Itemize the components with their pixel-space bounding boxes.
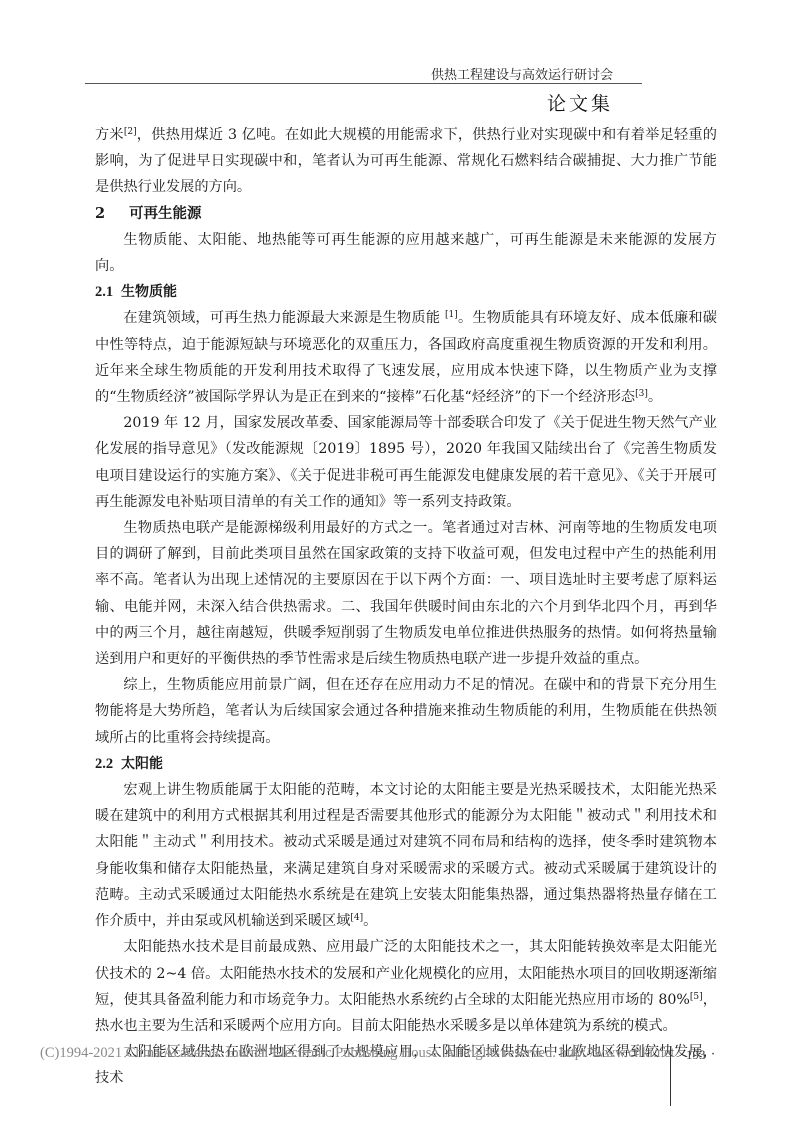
- section-number: 2.1: [95, 279, 121, 305]
- citation-ref[interactable]: [4]: [350, 913, 363, 923]
- paragraph: 2019 年 12 月，国家发展改革委、国家能源局等十部委联合印发了《关于促进生…: [95, 410, 717, 515]
- page-number-dot: ·: [711, 1047, 715, 1062]
- citation-ref[interactable]: [2]: [124, 127, 137, 137]
- citation-ref[interactable]: [5]: [690, 992, 703, 1002]
- paragraph: 在建筑领域，可再生热力能源最大来源是生物质能 [1]。生物质能具有环境友好、成本…: [95, 305, 717, 410]
- running-header-title: 供热工程建设与高效运行研讨会: [431, 64, 613, 83]
- header-rule: [85, 83, 642, 84]
- text: 在建筑领域，可再生热力能源最大来源是生物质能: [123, 310, 445, 326]
- paragraph: 生物质能、太阳能、地热能等可再生能源的应用越来越广，可再生能源是未来能源的发展方…: [95, 227, 717, 279]
- copyright-footer: (C)1994-2021 China Academic Journal Elec…: [40, 1045, 675, 1062]
- section-title: 可再生能源: [129, 205, 202, 222]
- text: 宏观上讲生物质能属于太阳能的范畴，本文讨论的太阳能主要是光热采暖技术，太阳能光热…: [95, 782, 717, 929]
- paragraph: 生物质热电联产是能源梯级利用最好的方式之一。笔者通过对吉林、河南等地的生物质发电…: [95, 515, 717, 672]
- section-number: 2: [95, 201, 129, 227]
- text: 。: [363, 913, 377, 929]
- paragraph-continuation: 方米[2]，供热用煤近 3 亿吨。在如此大规模的用能需求下，供热行业对实现碳中和…: [95, 122, 717, 201]
- citation-ref[interactable]: [1]: [445, 310, 458, 320]
- page-marker-bar: [670, 1046, 671, 1106]
- text: 。: [648, 389, 662, 405]
- section-heading-2-2: 2.2太阳能: [95, 751, 717, 777]
- paragraph: 综上，生物质能应用前景广阔，但在还存在应用动力不足的情况。在碳中和的背景下充分用…: [95, 672, 717, 751]
- section-title: 生物质能: [121, 284, 177, 300]
- section-title: 太阳能: [121, 756, 163, 772]
- section-number: 2.2: [95, 751, 121, 777]
- text: 太阳能热水技术是目前最成熟、应用最广泛的太阳能技术之一，其太阳能转换效率是太阳能…: [95, 939, 717, 1007]
- article-body: 方米[2]，供热用煤近 3 亿吨。在如此大规模的用能需求下，供热行业对实现碳中和…: [95, 122, 717, 1092]
- section-heading-2: 2可再生能源: [95, 201, 717, 227]
- paragraph: 太阳能热水技术是目前最成熟、应用最广泛的太阳能技术之一，其太阳能转换效率是太阳能…: [95, 934, 717, 1039]
- running-header-subtitle: 论文集: [547, 89, 613, 116]
- text: ，供热用煤近 3 亿吨。在如此大规模的用能需求下，供热行业对实现碳中和有着举足轻…: [95, 127, 717, 195]
- text: 方米: [95, 127, 124, 143]
- paragraph: 宏观上讲生物质能属于太阳能的范畴，本文讨论的太阳能主要是光热采暖技术，太阳能光热…: [95, 777, 717, 934]
- page-number: 193: [686, 1047, 706, 1063]
- section-heading-2-1: 2.1生物质能: [95, 279, 717, 305]
- citation-ref[interactable]: [3]: [635, 389, 648, 399]
